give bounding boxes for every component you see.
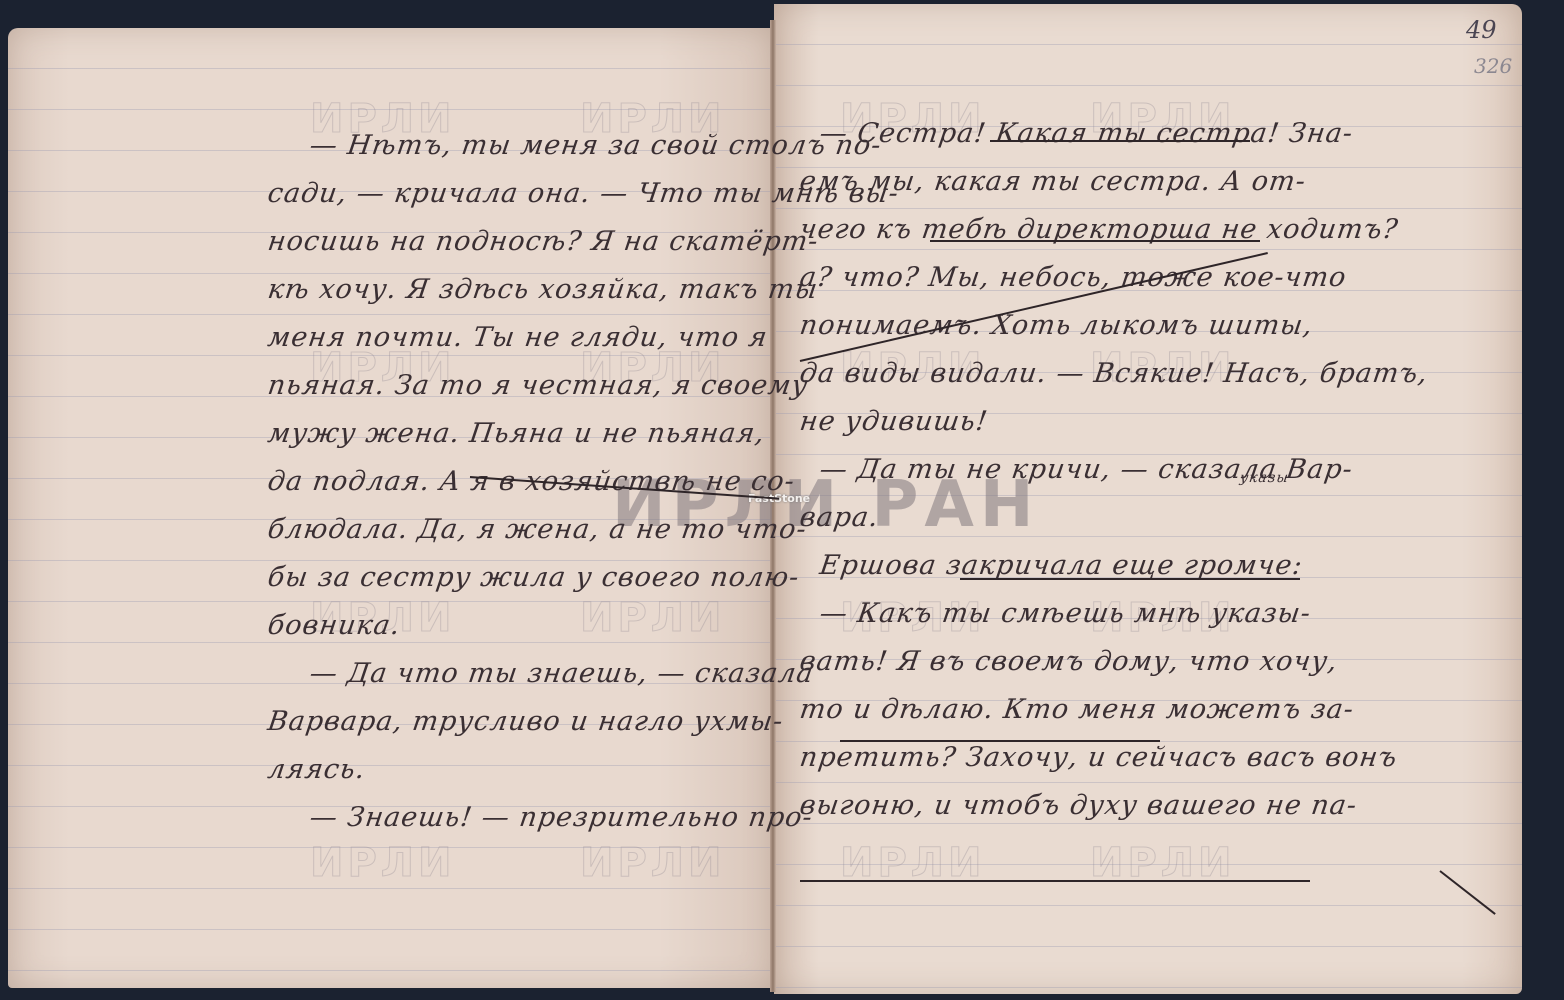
manuscript-line: а? что? Мы, небось, тоже кое-что bbox=[798, 262, 1349, 293]
folio-secondary-number: 326 bbox=[1474, 54, 1512, 78]
manuscript-line: не удивишь! bbox=[798, 406, 990, 437]
watermark: ИРЛИ bbox=[580, 595, 726, 641]
manuscript-line: — Нѣтъ, ты меня за свой столъ по- bbox=[308, 130, 884, 161]
deletion-stroke bbox=[960, 578, 1300, 580]
deletion-stroke bbox=[840, 740, 1160, 742]
manuscript-line: вара. bbox=[798, 502, 881, 533]
manuscript-line: блюдала. Да, я жена, а не то что- bbox=[266, 514, 809, 545]
manuscript-line: — Да что ты знаешь, — сказала bbox=[308, 658, 816, 689]
deletion-stroke bbox=[930, 240, 1260, 242]
manuscript-line: мужу жена. Пьяна и не пьяная, bbox=[266, 418, 767, 449]
watermark: ИРЛИ bbox=[310, 840, 456, 886]
manuscript-line: бовника. bbox=[266, 610, 403, 641]
manuscript-line: Варвара, трусливо и нагло ухмы- bbox=[266, 706, 786, 737]
manuscript-line: Ершова закричала еще громче: bbox=[818, 550, 1305, 581]
manuscript-line: — Какъ ты смѣешь мнѣ указы- bbox=[818, 598, 1313, 629]
manuscript-line: — Знаешь! — презрительно про- bbox=[308, 802, 815, 833]
manuscript-line: меня почти. Ты не гляди, что я bbox=[266, 322, 770, 353]
manuscript-line: — Сестра! Какая ты сестра! Зна- bbox=[818, 118, 1355, 149]
manuscript-line: пьяная. За то я честная, я своему bbox=[266, 370, 811, 401]
manuscript-line: то и дѣлаю. Кто меня можетъ за- bbox=[798, 694, 1356, 725]
interlinear-insertion: указы bbox=[1239, 470, 1290, 486]
manuscript-line: кѣ хочу. Я здѣсь хозяйка, такъ ты bbox=[266, 274, 820, 305]
deletion-stroke bbox=[990, 140, 1250, 142]
manuscript-line: бы за сестру жила у своего полю- bbox=[266, 562, 802, 593]
manuscript-line: носишь на подносѣ? Я на скатёрт- bbox=[266, 226, 821, 257]
folio-number: 49 bbox=[1466, 16, 1497, 44]
deletion-stroke bbox=[800, 880, 1310, 882]
manuscript-line: претить? Захочу, и сейчасъ васъ вонъ bbox=[798, 742, 1400, 773]
manuscript-line: понимаемъ. Хоть лыкомъ шиты, bbox=[798, 310, 1315, 341]
manuscript-line: емъ мы, какая ты сестра. А от- bbox=[798, 166, 1308, 197]
manuscript-line: выгоню, и чтобъ духу вашего не па- bbox=[798, 790, 1359, 821]
manuscript-line: вать! Я въ своемъ дому, что хочу, bbox=[798, 646, 1340, 677]
manuscript-line: ляясь. bbox=[266, 754, 368, 785]
watermark: ИРЛИ bbox=[580, 840, 726, 886]
manuscript-line: да виды видали. — Всякие! Насъ, братъ, bbox=[798, 358, 1430, 389]
